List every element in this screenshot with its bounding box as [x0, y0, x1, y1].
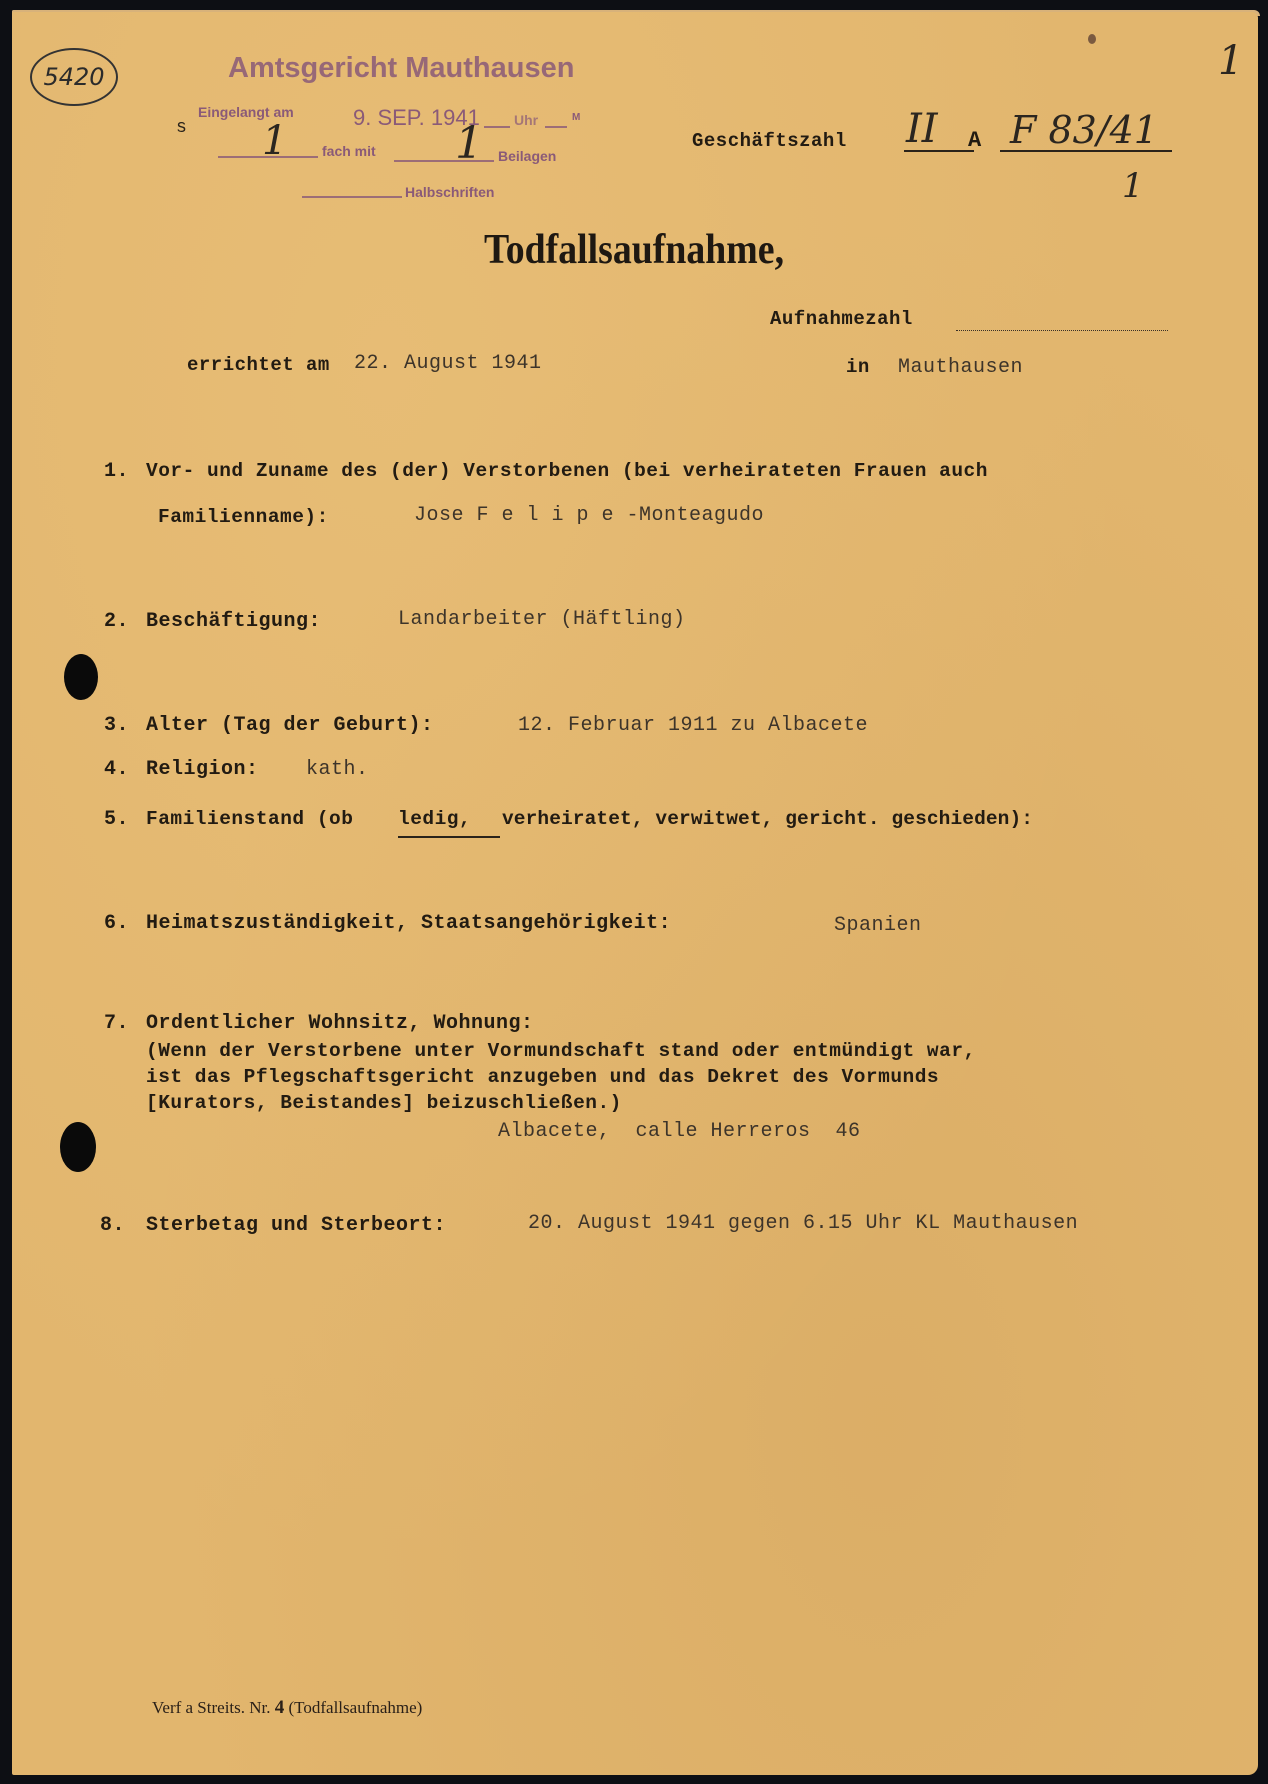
item-5-selected-option: ledig,: [398, 808, 471, 830]
item-7-label: Ordentlicher Wohnsitz, Wohnung:: [146, 1012, 534, 1035]
document-page: [12, 12, 1258, 1775]
item-7-note-line3: [Kurators, Beistandes] beizuschließen.): [146, 1092, 622, 1114]
item-2-number: 2.: [104, 610, 129, 633]
form-footer: Verf a Streits. Nr. 4 (Todfallsaufnahme): [152, 1697, 422, 1719]
item-7-note-line1: (Wenn der Verstorbene unter Vormundschaf…: [146, 1040, 976, 1062]
item-6-number: 6.: [104, 912, 129, 935]
case-number-handwritten: F 83/41: [1010, 108, 1158, 152]
item-4-value: kath.: [306, 758, 369, 781]
item-1-label-line1: Vor- und Zuname des (der) Verstorbenen (…: [146, 460, 988, 482]
errichtet-label: errichtet am: [187, 354, 330, 376]
item-7-value: Albacete, calle Herreros 46: [498, 1120, 861, 1143]
stamp-time-suffix: M: [572, 112, 580, 123]
item-5-label-prefix: Familienstand (ob: [146, 808, 353, 830]
footer-suffix: (Todfallsaufnahme): [289, 1698, 423, 1717]
stamp-attachments-handwritten: 1: [455, 118, 483, 169]
errichtet-place-label: in: [846, 356, 870, 378]
footer-prefix: Verf a Streits. Nr.: [152, 1698, 271, 1717]
item-5-label-suffix: verheiratet, verwitwet, gericht. geschie…: [502, 808, 1033, 830]
item-2-value: Landarbeiter (Häftling): [398, 608, 686, 631]
page-title: Todfallsaufnahme,: [63, 226, 1204, 274]
stamp-time-label: Uhr: [514, 112, 538, 128]
ink-spot: [1088, 34, 1096, 44]
case-number-label: Geschäftszahl: [692, 130, 847, 152]
item-8-value: 20. August 1941 gegen 6.15 Uhr KL Mautha…: [528, 1212, 1078, 1235]
item-7-number: 7.: [104, 1012, 129, 1035]
stamp-copies-label: fach mit: [322, 143, 376, 159]
item-1-value-name: Jose F e l i p e -Monteagudo: [414, 504, 764, 527]
reference-number-circle: 5420: [30, 48, 118, 106]
stamp-attachments-label: Beilagen: [498, 148, 556, 164]
item-3-number: 3.: [104, 714, 129, 737]
footer-number: 4: [275, 1697, 285, 1718]
court-stamp-title: Amtsgericht Mauthausen: [228, 52, 574, 85]
case-number-annotation: 1: [1122, 166, 1144, 206]
case-number-typed: A: [968, 128, 982, 153]
stamp-copies-handwritten: 1: [262, 118, 287, 164]
item-4-label: Religion:: [146, 758, 259, 781]
item-6-label: Heimatszuständigkeit, Staatsangehörigkei…: [146, 912, 671, 935]
page-number-handwritten: 1: [1218, 38, 1243, 84]
punch-hole-mark: [64, 654, 98, 700]
letter-s: s: [176, 118, 187, 138]
case-number-prefix-handwritten: II: [906, 106, 938, 152]
item-2-label: Beschäftigung:: [146, 610, 321, 633]
errichtet-place: Mauthausen: [898, 356, 1023, 379]
item-6-value: Spanien: [834, 914, 922, 937]
item-5-number: 5.: [104, 808, 129, 831]
item-8-number: 8.: [100, 1214, 125, 1237]
item-7-note-line2: ist das Pflegschaftsgericht anzugeben un…: [146, 1066, 939, 1088]
item-1-number: 1.: [104, 460, 129, 483]
item-4-number: 4.: [104, 758, 129, 781]
item-1-label-line2: Familienname):: [158, 506, 329, 528]
aufnahmezahl-label: Aufnahmezahl: [770, 308, 913, 330]
item-3-value: 12. Februar 1911 zu Albacete: [518, 714, 868, 737]
punch-hole-mark: [60, 1122, 96, 1172]
item-8-label: Sterbetag und Sterbeort:: [146, 1214, 446, 1237]
item-3-label: Alter (Tag der Geburt):: [146, 714, 434, 737]
errichtet-date: 22. August 1941: [354, 352, 542, 375]
stamp-transcripts-label: Halbschriften: [405, 184, 494, 200]
